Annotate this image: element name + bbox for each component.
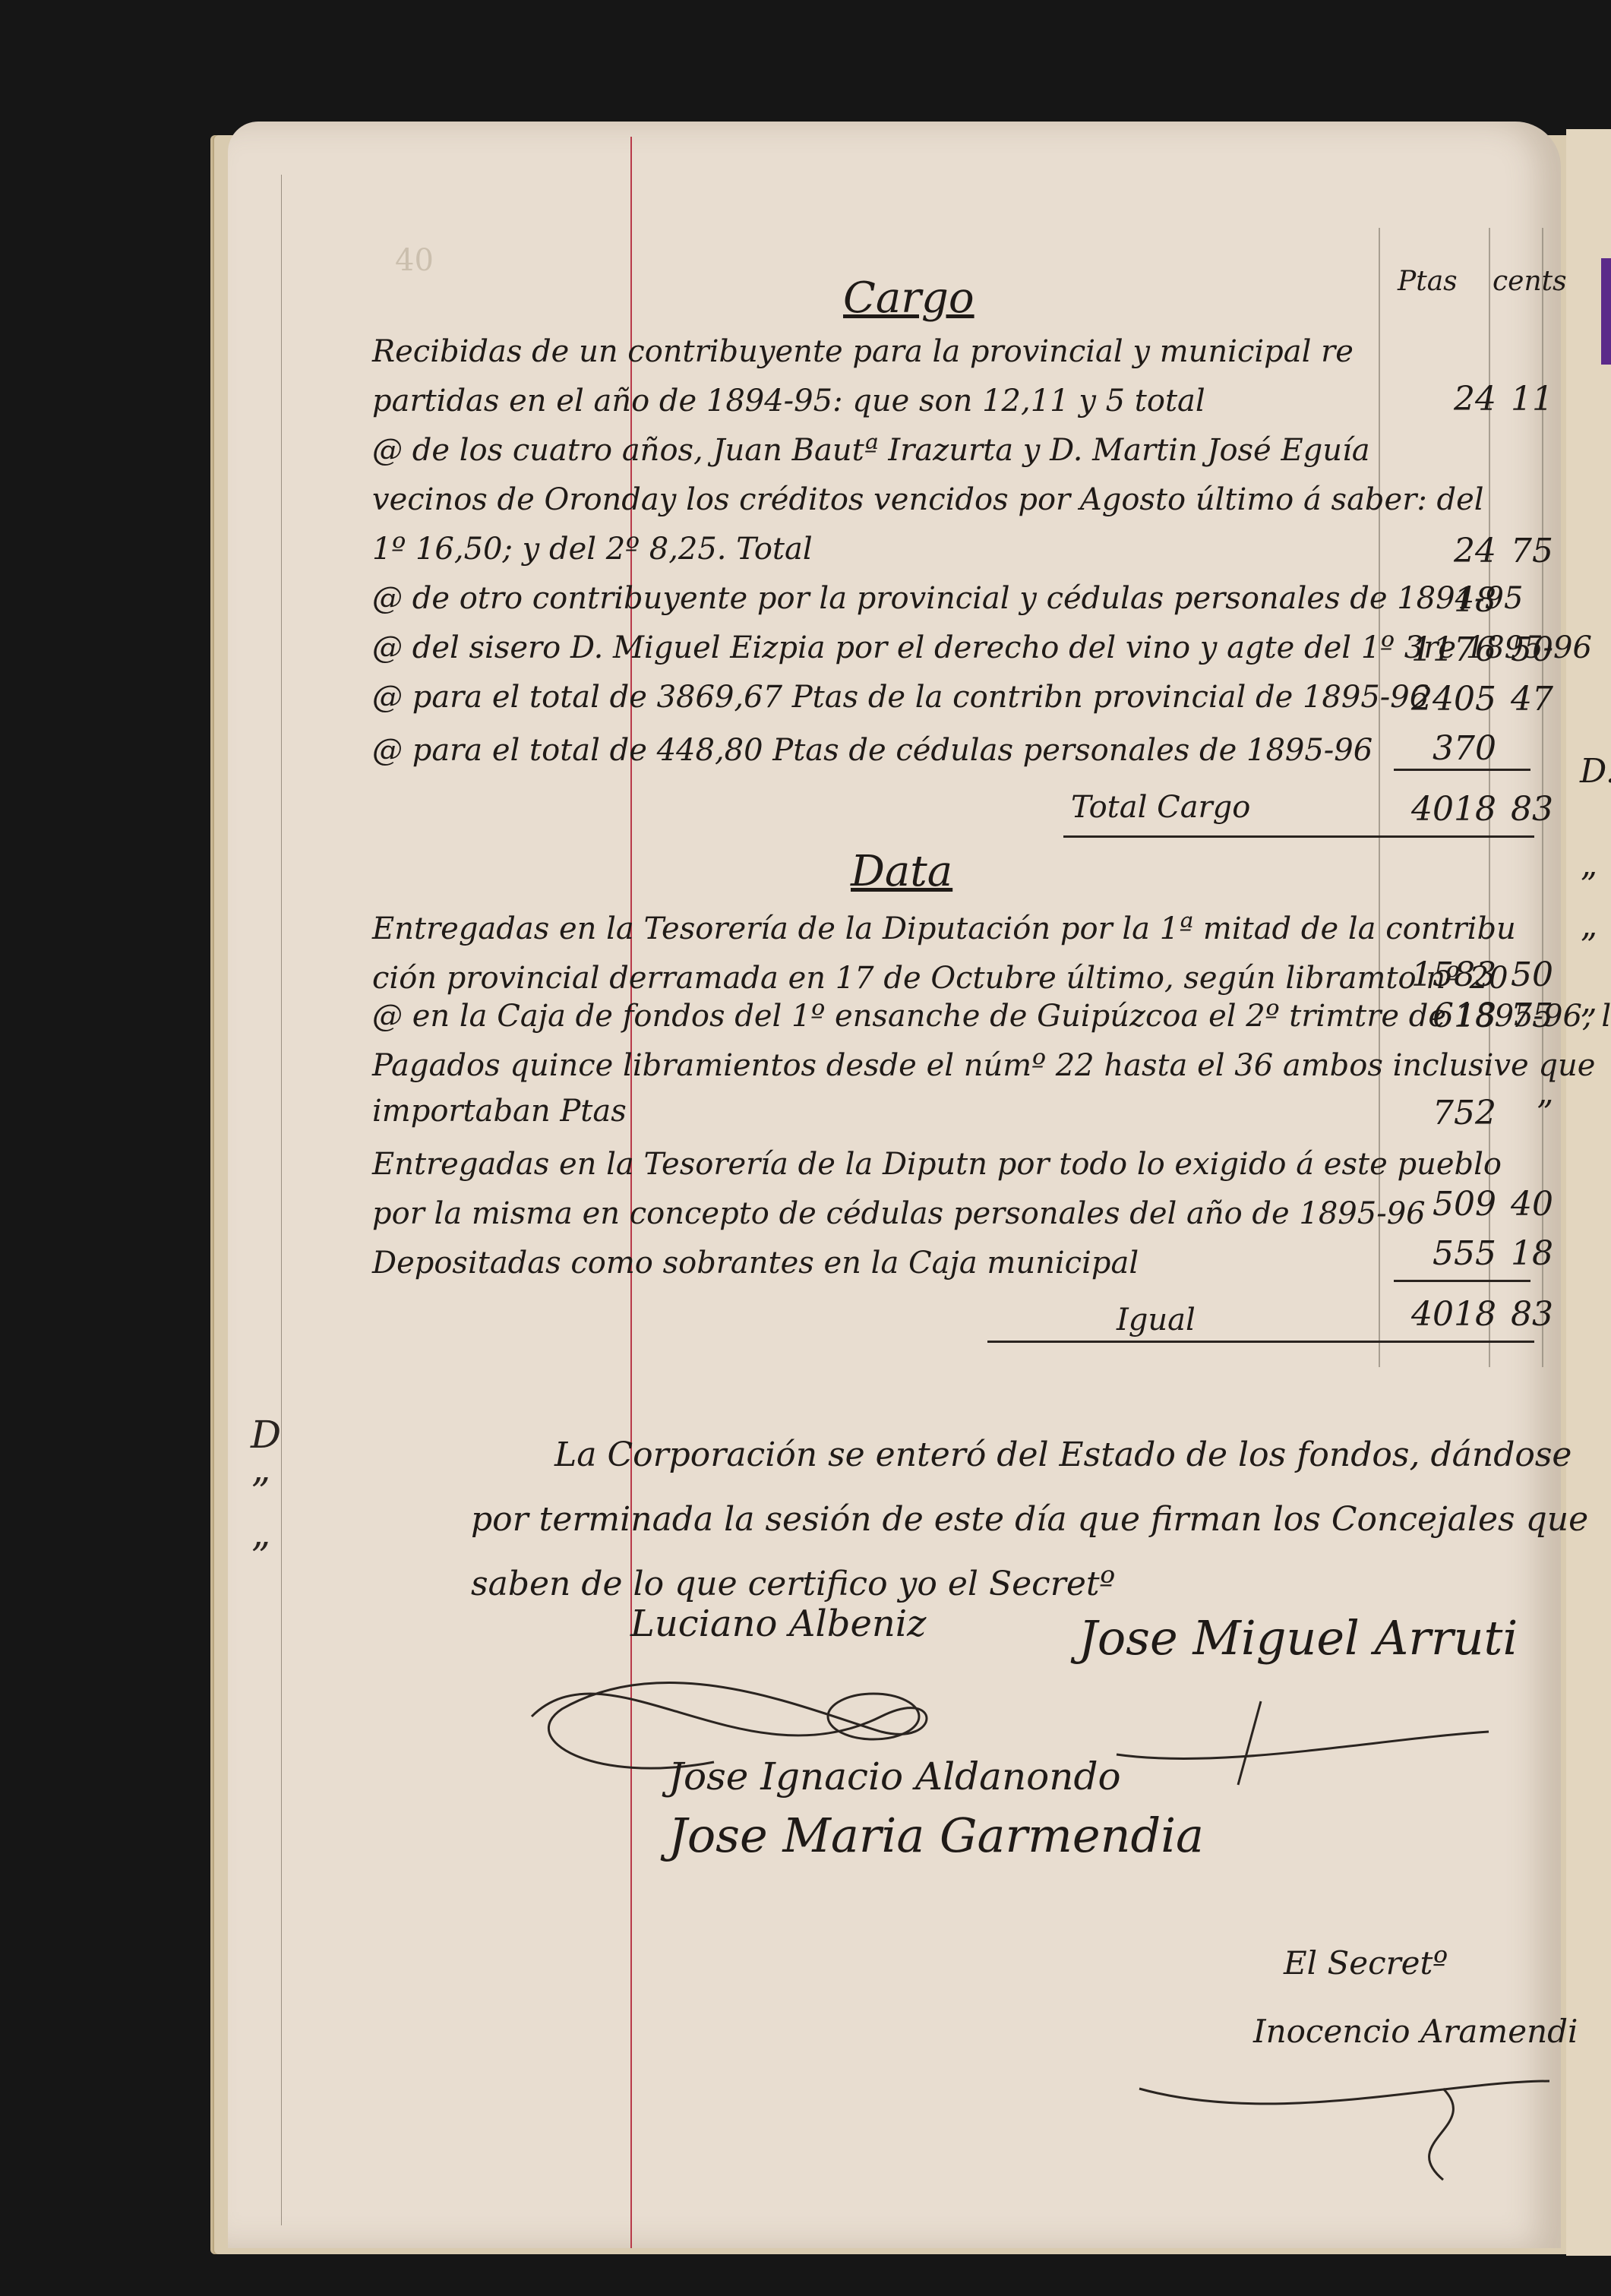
data-line: Entregadas en la Tesorería de la Diputn …: [372, 1147, 1502, 1182]
data-line: Entregadas en la Tesorería de la Diputac…: [372, 911, 1516, 946]
signature-flourish-icon: [1124, 2043, 1565, 2187]
gutter-rule: [281, 175, 282, 2225]
signature-flourish-icon: [1109, 1671, 1504, 1792]
cargo-line: @ de los cuatro años, Juan Bautª Irazurt…: [372, 433, 1370, 468]
subtotal-rule: [1394, 769, 1530, 771]
cargo-cents: 50: [1493, 630, 1553, 669]
cargo-ptas: 2405: [1367, 680, 1496, 718]
closing-line: saben de lo que certifico yo el Secretº: [471, 1565, 1115, 1603]
subtotal-rule: [1394, 1280, 1530, 1282]
cargo-ptas: 24: [1367, 532, 1496, 570]
cargo-cents: 75: [1493, 532, 1553, 570]
data-ptas: 1583: [1367, 955, 1496, 994]
total-rule: [1063, 835, 1534, 838]
signature: Jose Ignacio Aldanondo: [668, 1754, 1121, 1799]
cargo-cents: 47: [1493, 680, 1553, 718]
data-ptas: 752: [1367, 1094, 1496, 1132]
data-line: Pagados quince libramientos desde el núm…: [372, 1048, 1595, 1083]
cents-header: cents: [1493, 266, 1567, 297]
margin-mark: D: [251, 1413, 281, 1457]
cargo-total-cents: 83: [1493, 790, 1553, 829]
data-heading: Data: [851, 847, 952, 896]
secretary-title: El Secretº: [1284, 1944, 1448, 1982]
cargo-line: @ de otro contribuyente por la provincia…: [372, 581, 1523, 616]
data-ptas: 555: [1367, 1234, 1496, 1273]
total-rule: [987, 1341, 1534, 1343]
signature: Jose Miguel Arruti: [1079, 1610, 1518, 1666]
cargo-line: 1º 16,50; y del 2º 8,25. Total: [372, 532, 813, 567]
facing-mark: ”: [1580, 927, 1597, 965]
facing-page: [1566, 129, 1611, 2256]
cargo-ptas: 24: [1367, 380, 1496, 418]
margin-mark: ”: [251, 1534, 270, 1578]
margin-mark: ”: [251, 1470, 270, 1514]
purple-stamp: [1601, 258, 1611, 365]
cargo-ptas: 18: [1367, 581, 1496, 620]
closing-line: La Corporación se enteró del Estado de l…: [554, 1435, 1572, 1474]
ptas-header: Ptas: [1398, 266, 1458, 297]
facing-mark: ”: [1580, 1003, 1597, 1041]
cargo-line: @ para el total de 3869,67 Ptas de la co…: [372, 680, 1429, 715]
signature: Jose Maria Garmendia: [668, 1808, 1204, 1863]
page-number: 40: [395, 243, 434, 278]
cargo-ptas: 370: [1367, 729, 1496, 768]
data-cents: 50: [1493, 955, 1553, 994]
data-line: importaban Ptas: [372, 1094, 627, 1129]
cargo-total-ptas: 4018: [1367, 790, 1496, 829]
data-line: Depositadas como sobrantes en la Caja mu…: [372, 1246, 1139, 1281]
cargo-line: @ para el total de 448,80 Ptas de cédula…: [372, 733, 1373, 768]
data-total-label: Igual: [1117, 1303, 1196, 1337]
data-total-ptas: 4018: [1367, 1295, 1496, 1334]
cargo-total-label: Total Cargo: [1071, 790, 1250, 825]
cargo-cents: 11: [1493, 380, 1553, 418]
data-ptas: 618: [1367, 996, 1496, 1035]
data-ptas: 509: [1367, 1185, 1496, 1224]
data-line: por la misma en concepto de cédulas pers…: [372, 1196, 1426, 1231]
data-total-cents: 83: [1493, 1295, 1553, 1334]
facing-mark: ”: [1580, 866, 1597, 905]
data-line: ción provincial derramada en 17 de Octub…: [372, 961, 1508, 996]
facing-mark: D.: [1580, 752, 1611, 791]
data-cents: ”: [1493, 1094, 1553, 1132]
data-cents: 18: [1493, 1234, 1553, 1273]
data-cents: 40: [1493, 1185, 1553, 1224]
closing-line: por terminada la sesión de este día que …: [471, 1500, 1588, 1539]
data-cents: 75: [1493, 996, 1553, 1035]
cargo-line: vecinos de Oronday los créditos vencidos…: [372, 482, 1484, 517]
cargo-ptas: 1176: [1367, 630, 1496, 669]
cargo-heading: Cargo: [843, 273, 974, 323]
cargo-line: partidas en el año de 1894-95: que son 1…: [372, 384, 1205, 418]
cargo-line: Recibidas de un contribuyente para la pr…: [372, 334, 1354, 369]
